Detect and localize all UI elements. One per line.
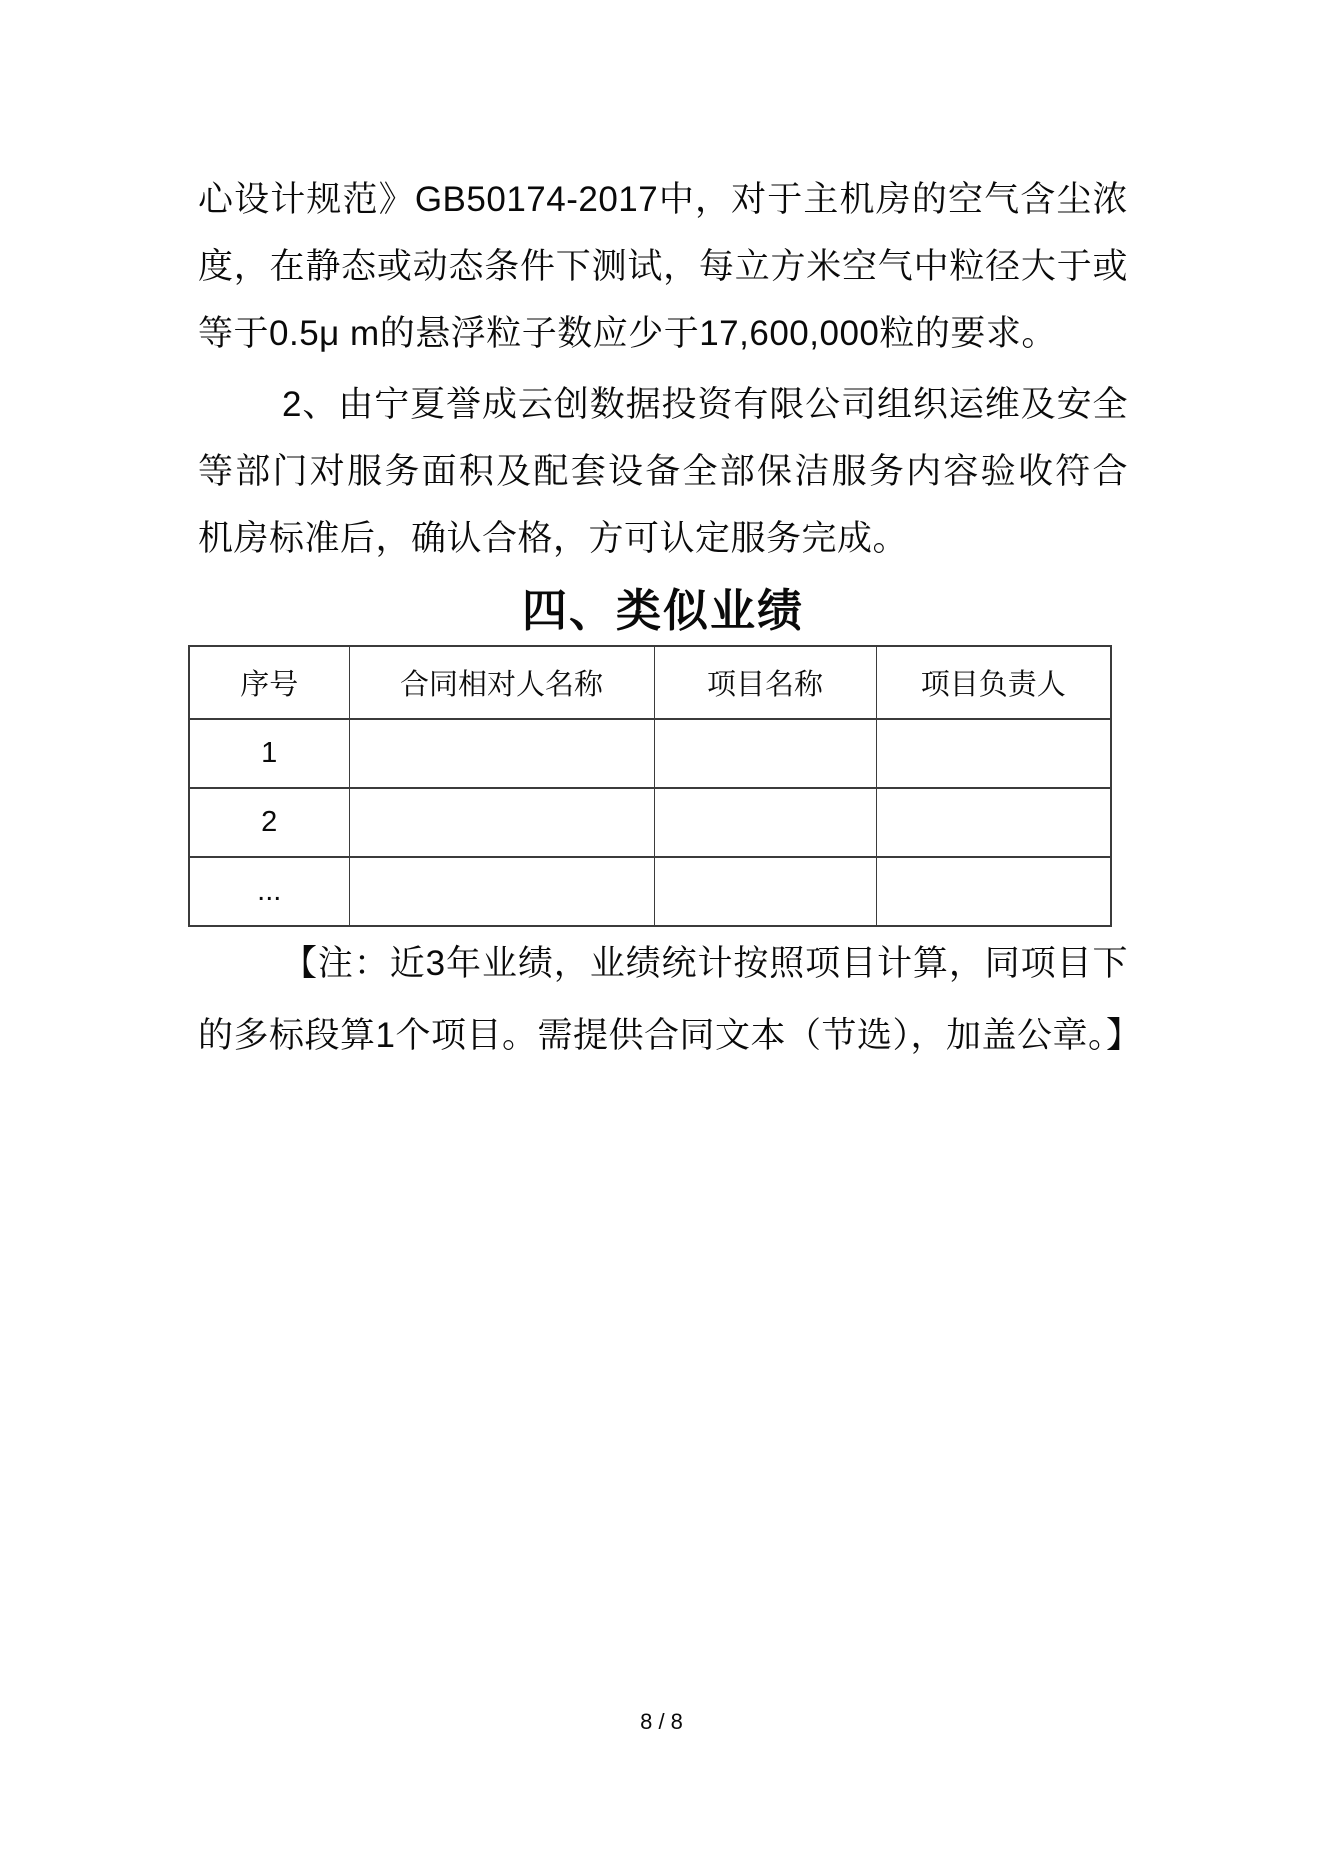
table-header-project: 项目名称 — [654, 646, 876, 719]
table-cell-seq: 1 — [189, 719, 349, 788]
paragraph-line: 等部门对服务面积及配套设备全部保洁服务内容验收符合 — [198, 438, 1128, 505]
paragraph-line: 机房标准后，确认合格，方可认定服务完成。 — [198, 505, 1128, 572]
note-line: 【注：近3年业绩，业绩统计按照项目计算，同项目下 — [198, 928, 1128, 1000]
table-cell-manager — [876, 857, 1111, 926]
table-cell-project — [654, 719, 876, 788]
table-cell-project — [654, 857, 876, 926]
table-header-seq: 序号 — [189, 646, 349, 719]
table-cell-seq: 2 — [189, 788, 349, 857]
table-cell-manager — [876, 719, 1111, 788]
table-cell-counterparty — [349, 719, 654, 788]
paragraph-line: 度，在静态或动态条件下测试，每立方米空气中粒径大于或 — [198, 233, 1128, 300]
page-number: 8 / 8 — [0, 1705, 1323, 1739]
similar-performance-table: 序号 合同相对人名称 项目名称 项目负责人 1 2 ... — [188, 645, 1112, 927]
table-cell-counterparty — [349, 788, 654, 857]
document-page: { "body": { "paragraph1": { "lines": [ "… — [0, 0, 1323, 1871]
table-row: 1 — [189, 719, 1111, 788]
paragraph-air-cleanliness: 心设计规范》GB50174-2017中，对于主机房的空气含尘浓 度，在静态或动态… — [198, 166, 1128, 367]
table-header-manager: 项目负责人 — [876, 646, 1111, 719]
table-cell-manager — [876, 788, 1111, 857]
paragraph-line: 心设计规范》GB50174-2017中，对于主机房的空气含尘浓 — [198, 166, 1128, 233]
table-row: 2 — [189, 788, 1111, 857]
table-cell-project — [654, 788, 876, 857]
table-cell-seq: ... — [189, 857, 349, 926]
note-line: 的多标段算1个项目。需提供合同文本（节选），加盖公章。】 — [198, 1000, 1128, 1072]
table-cell-counterparty — [349, 857, 654, 926]
table-row: ... — [189, 857, 1111, 926]
document-body: 心设计规范》GB50174-2017中，对于主机房的空气含尘浓 度，在静态或动态… — [198, 166, 1128, 1072]
table-header-counterparty: 合同相对人名称 — [349, 646, 654, 719]
paragraph-line: 等于0.5μ m的悬浮粒子数应少于17,600,000粒的要求。 — [198, 300, 1128, 367]
section-heading-similar-performance: 四、类似业绩 — [198, 584, 1128, 638]
paragraph-acceptance: 2、由宁夏誉成云创数据投资有限公司组织运维及安全 等部门对服务面积及配套设备全部… — [198, 371, 1128, 572]
paragraph-line: 2、由宁夏誉成云创数据投资有限公司组织运维及安全 — [198, 371, 1128, 438]
paragraph-note: 【注：近3年业绩，业绩统计按照项目计算，同项目下 的多标段算1个项目。需提供合同… — [198, 928, 1128, 1072]
table-header-row: 序号 合同相对人名称 项目名称 项目负责人 — [189, 646, 1111, 719]
